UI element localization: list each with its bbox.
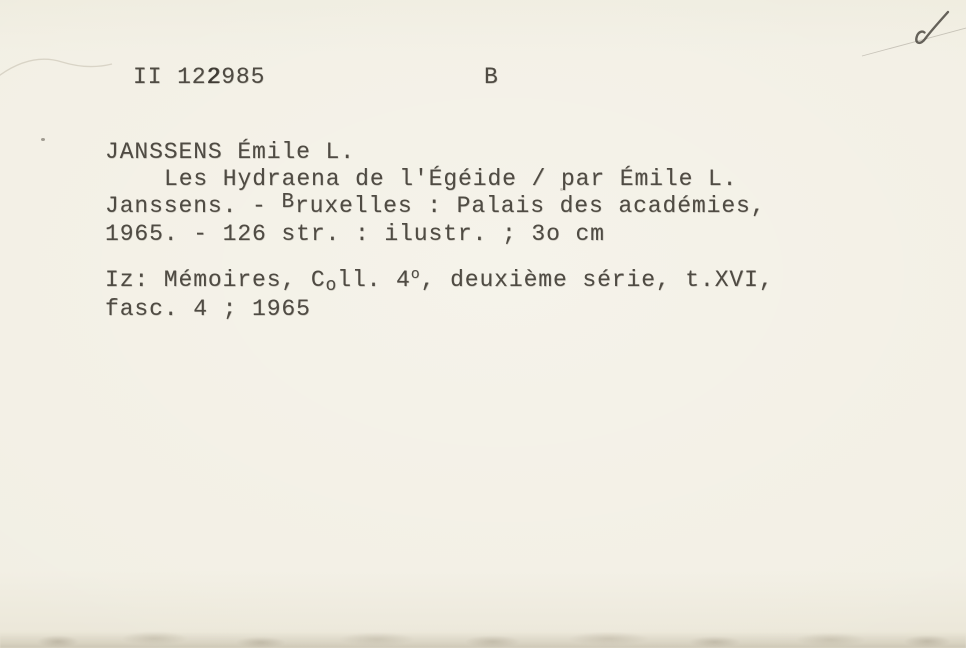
author-heading: JANSSENS Émile L. bbox=[105, 139, 765, 166]
imprint-raised-initial: B bbox=[281, 191, 295, 214]
series-superscript-o: o bbox=[411, 266, 421, 283]
paper-speck bbox=[41, 138, 45, 141]
series-text: Iz: Mémoires, C bbox=[105, 267, 326, 293]
title-statement: Les Hydraena de l'Égéide / par Émile L. bbox=[105, 166, 765, 193]
paper-crease-line bbox=[0, 40, 120, 100]
series-lowered-o: o bbox=[326, 276, 338, 296]
scan-vignette bbox=[0, 0, 966, 648]
series-note-line1: Iz: Mémoires, Coll. 4o, deuxième série, … bbox=[105, 267, 774, 296]
collation-line: 1965. - 126 str. : ilustr. ; 3o cm bbox=[105, 221, 765, 248]
call-number-overstruck-digit: 2 bbox=[207, 64, 222, 90]
call-number-text: 985 bbox=[221, 64, 265, 90]
call-number: II 122985 bbox=[133, 64, 265, 91]
handwritten-pen-mark-icon bbox=[860, 8, 966, 72]
call-number-text: II 12 bbox=[133, 64, 207, 90]
imprint-line: Janssens. - Bruxelles : Palais des acadé… bbox=[105, 193, 765, 221]
series-note-line2: fasc. 4 ; 1965 bbox=[105, 296, 774, 323]
card-bottom-edge-texture bbox=[0, 632, 966, 648]
series-note: Iz: Mémoires, Coll. 4o, deuxième série, … bbox=[105, 267, 774, 323]
bibliographic-entry: JANSSENS Émile L. Les Hydraena de l'Égéi… bbox=[105, 139, 765, 248]
series-text: ll. 4 bbox=[337, 267, 411, 293]
catalog-card: II 122985 B JANSSENS Émile L. Les Hydrae… bbox=[0, 0, 966, 648]
imprint-text: ruxelles : Palais des académies, bbox=[295, 193, 765, 219]
series-text: , deuxième série, t.XVI, bbox=[421, 267, 774, 293]
section-letter: B bbox=[484, 64, 499, 91]
imprint-text: Janssens. - bbox=[105, 193, 281, 219]
